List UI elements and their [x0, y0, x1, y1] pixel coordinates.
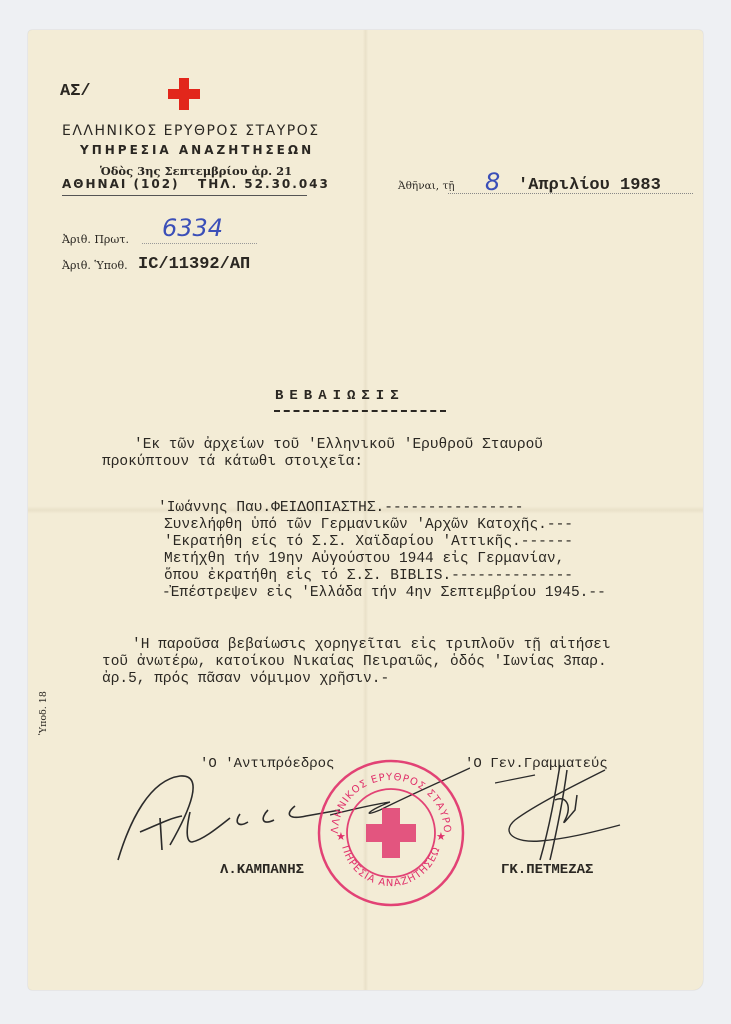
closing-line: ἀρ.5, πρός πᾶσαν νόμιμον χρῆσιν.-	[102, 671, 611, 688]
intro-line: προκύπτουν τά κάτωθι στοιχεῖα:	[102, 454, 543, 471]
case-number-label: Ἀριθ. Ὑποθ.	[62, 259, 128, 272]
record-line: Συνελήφθη ὑπό τῶν Γερμανικῶν 'Αρχῶν Κατο…	[164, 517, 573, 534]
reference-code: ΑΣ/	[60, 82, 91, 101]
closing-line: τοῦ ἀνωτέρω, κατοίκου Νικαίας Πειραιῶς, …	[102, 654, 611, 671]
organization-name: ΕΛΛΗΝΙΚΟΣ ΕΡΥΘΡΟΣ ΣΤΑΥΡΟΣ	[62, 123, 320, 139]
protocol-dotted-line	[142, 243, 257, 244]
record-line: Μετήχθη τήν 19ην Αὐγούστου 1944 εἰς Γερμ…	[164, 551, 564, 568]
closing-line: 'Η παροῦσα βεβαίωσις χορηγεῖται εἰς τριπ…	[102, 637, 611, 654]
title-underline	[274, 410, 446, 412]
department-name: ΥΠΗΡΕΣΙΑ ΑΝΑΖΗΤΗΣΕΩΝ	[80, 143, 314, 157]
red-cross-icon	[168, 78, 200, 110]
protocol-number: 6334	[162, 214, 223, 242]
intro-paragraph: 'Εκ τῶν ἀρχείων τοῦ 'Ελληνικοῦ 'Ερυθροῦ …	[102, 437, 543, 471]
record-line: 'Ιωάννης Παυ.ΦΕΙΔΟΠΙΑΣΤΗΣ.--------------…	[158, 500, 523, 517]
signature-right-icon	[495, 765, 625, 865]
record-line: -Ἐπέστρεψεν εἰς 'Ελλάδα τήν 4ην Σεπτεμβρ…	[162, 585, 606, 602]
record-line: 'Εκρατήθη είς τό Σ.Σ. Χαϊδαρίου 'Αττικῆς…	[164, 534, 573, 551]
case-number: IC/11392/ΑΠ	[138, 255, 250, 274]
protocol-number-label: Ἀριθ. Πρωτ.	[62, 233, 129, 246]
intro-line: 'Εκ τῶν ἀρχείων τοῦ 'Ελληνικοῦ 'Ερυθροῦ …	[102, 437, 543, 454]
date-month-year: 'Απριλίου 1983	[518, 176, 661, 195]
signatory-name-right: ΓΚ.ΠΕΤΜΕΖΑΣ	[501, 862, 593, 878]
svg-text:★: ★	[336, 830, 346, 843]
date-label: Ἀθῆναι, τῇ	[398, 180, 455, 192]
margin-note: Ὑποδ. 18	[38, 691, 49, 735]
date-day: 8	[485, 168, 500, 196]
closing-paragraph: 'Η παροῦσα βεβαίωσις χορηγεῖται εἰς τριπ…	[102, 637, 611, 688]
red-cross-stamp-icon: ΕΛΛΗΝΙΚΟΣ ΕΡΥΘΡΟΣ ΣΤΑΥΡΟΣ ΥΠΗΡΕΣΙΑ ΑΝΑΖΗ…	[316, 758, 466, 908]
letterhead-divider	[62, 195, 307, 196]
signature-left-icon	[110, 770, 340, 870]
organization-city-phone: ΑΘΗΝΑΙ (102) ΤΗΛ. 52.30.043	[62, 177, 330, 191]
document-title: ΒΕΒΑΙΩΣΙΣ	[275, 388, 405, 404]
signatory-name-left: Λ.ΚΑΜΠΑΝΗΣ	[220, 862, 304, 878]
svg-text:★: ★	[436, 830, 446, 843]
record-line: ὅπου ἐκρατήθη εἰς τό Σ.Σ. BIBLIS.-------…	[164, 568, 573, 585]
organization-address: Ὁδὸς 3ης Σεπτεμβρίου ἀρ. 21	[100, 164, 292, 178]
